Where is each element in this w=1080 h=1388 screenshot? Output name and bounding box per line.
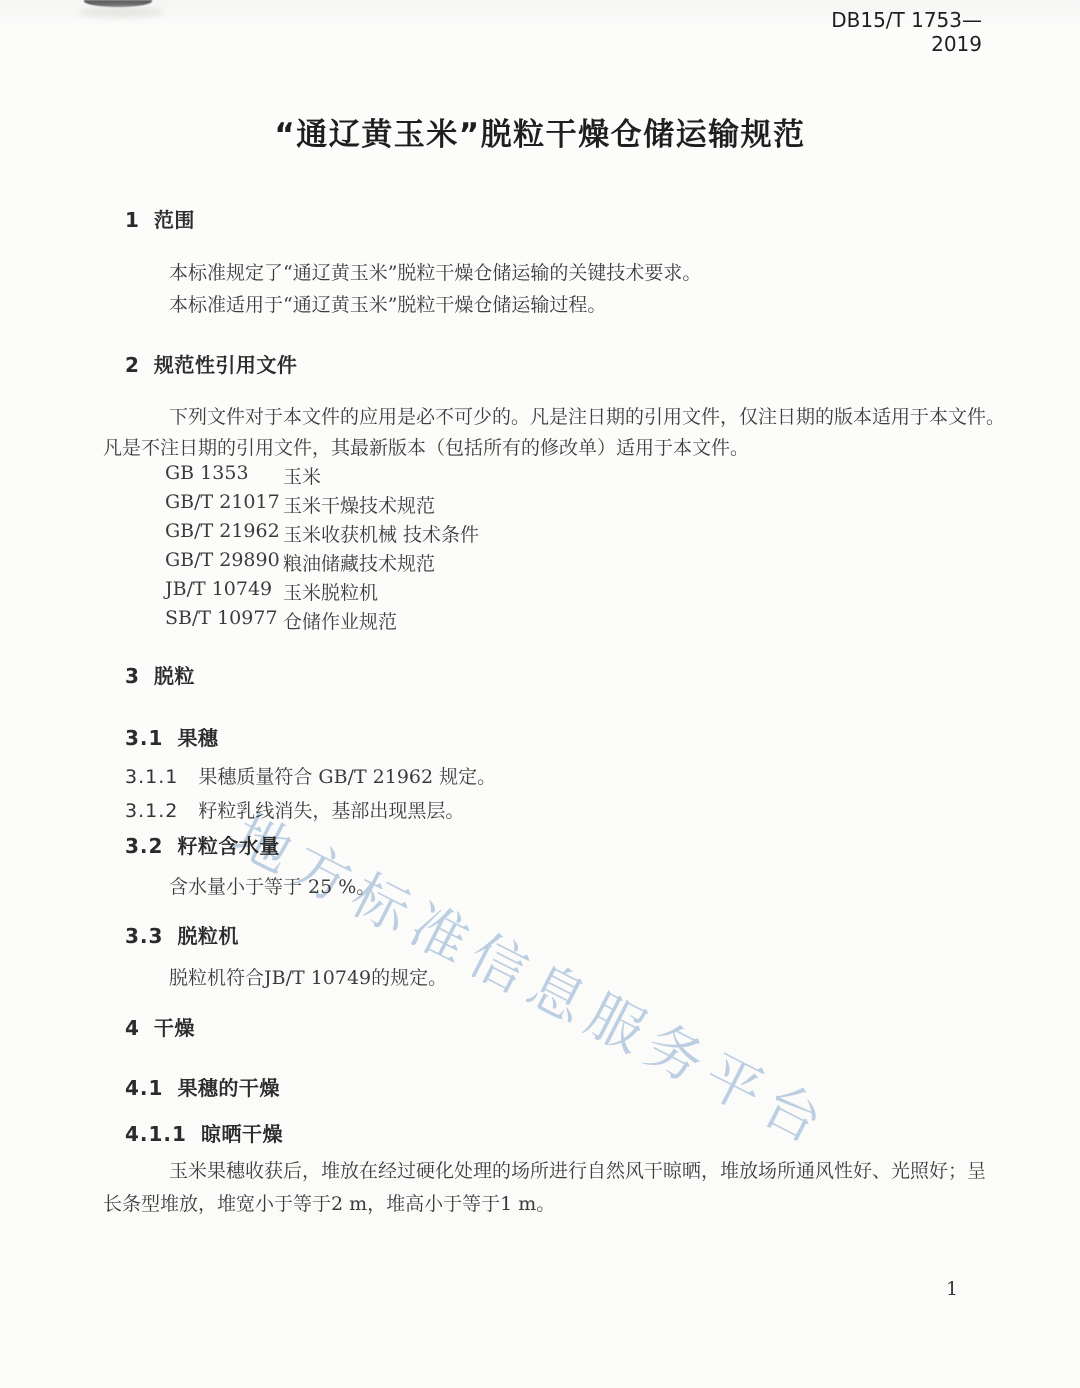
clause-3-1-2: 3.1.2籽粒乳线消失，基部出现黑层。 [125, 796, 464, 823]
section-3-3-number: 3.3 [125, 924, 163, 948]
reference-row: GB 1353 玉米 [165, 462, 321, 489]
scan-artifact-smudge [78, 6, 164, 18]
clause-3-1-1-text: 果穗质量符合 GB/T 21962 规定。 [198, 766, 496, 788]
section-4-1-heading: 4.1果穗的干燥 [125, 1072, 280, 1101]
reference-name: 仓储作业规范 [283, 607, 397, 634]
reference-code: GB/T 21962 [165, 520, 283, 547]
section-3-1-number: 3.1 [125, 726, 163, 750]
reference-name: 玉米 [283, 462, 321, 489]
page-number: 1 [946, 1278, 958, 1300]
reference-code: GB/T 29890 [165, 549, 283, 576]
normative-paragraph-line-1: 下列文件对于本文件的应用是必不可少的。凡是注日期的引用文件，仅注日期的版本适用于… [169, 402, 1005, 429]
section-2-heading: 2规范性引用文件 [125, 349, 297, 378]
section-3-2-number: 3.2 [125, 834, 163, 858]
section-1-number: 1 [125, 208, 140, 232]
clause-3-1-2-number: 3.1.2 [125, 800, 178, 822]
section-3-1-heading: 3.1果穗 [125, 722, 218, 751]
section-3-title: 脱粒 [154, 664, 195, 688]
clause-3-1-2-text: 籽粒乳线消失，基部出现黑层。 [198, 800, 464, 822]
reference-code: SB/T 10977 [165, 607, 283, 634]
section-2-title: 规范性引用文件 [154, 353, 298, 377]
normative-paragraph-line-2: 凡是不注日期的引用文件，其最新版本（包括所有的修改单）适用于本文件。 [103, 433, 749, 460]
section-3-heading: 3脱粒 [125, 660, 195, 689]
section-4-heading: 4干燥 [125, 1012, 195, 1041]
standard-code: DB15/T 1753—2019 [810, 8, 982, 56]
section-4-1-1-title: 晾晒干燥 [201, 1122, 283, 1146]
section-3-3-heading: 3.3脱粒机 [125, 920, 239, 949]
reference-code: GB/T 21017 [165, 491, 283, 518]
document-title: “通辽黄玉米”脱粒干燥仓储运输规范 [0, 109, 1080, 154]
scope-paragraph-line-2: 本标准适用于“通辽黄玉米”脱粒干燥仓储运输过程。 [169, 290, 606, 317]
scope-paragraph-line-1: 本标准规定了“通辽黄玉米”脱粒干燥仓储运输的关键技术要求。 [169, 258, 701, 285]
reference-name: 玉米收获机械 技术条件 [283, 520, 479, 547]
reference-row: GB/T 29890 粮油储藏技术规范 [165, 549, 435, 576]
clause-3-1-1-number: 3.1.1 [125, 766, 178, 788]
reference-name: 粮油储藏技术规范 [283, 549, 435, 576]
section-3-3-title: 脱粒机 [177, 924, 239, 948]
section-1-title: 范围 [154, 208, 195, 232]
sun-drying-paragraph-line-2: 长条型堆放，堆宽小于等于2 m，堆高小于等于1 m。 [103, 1189, 555, 1216]
section-2-number: 2 [125, 353, 140, 377]
section-3-2-title: 籽粒含水量 [177, 834, 280, 858]
document-page: { "header": { "standard_code": "DB15/T 1… [0, 0, 1080, 1388]
section-4-1-1-heading: 4.1.1晾晒干燥 [125, 1118, 283, 1147]
section-3-1-title: 果穗 [177, 726, 218, 750]
section-4-1-number: 4.1 [125, 1076, 163, 1100]
section-4-number: 4 [125, 1016, 140, 1040]
reference-name: 玉米脱粒机 [283, 578, 378, 605]
section-4-title: 干燥 [154, 1016, 195, 1040]
machine-text: 脱粒机符合JB/T 10749的规定。 [169, 963, 447, 990]
sun-drying-paragraph-line-1: 玉米果穗收获后，堆放在经过硬化处理的场所进行自然风干晾晒，堆放场所通风性好、光照… [169, 1156, 986, 1183]
moisture-text: 含水量小于等于 25 %。 [169, 872, 375, 899]
section-4-1-title: 果穗的干燥 [177, 1076, 280, 1100]
reference-row: GB/T 21962 玉米收获机械 技术条件 [165, 520, 479, 547]
section-4-1-1-number: 4.1.1 [125, 1122, 187, 1146]
section-1-heading: 1范围 [125, 204, 195, 233]
section-3-2-heading: 3.2籽粒含水量 [125, 830, 280, 859]
reference-name: 玉米干燥技术规范 [283, 491, 435, 518]
reference-row: SB/T 10977 仓储作业规范 [165, 607, 397, 634]
reference-row: JB/T 10749 玉米脱粒机 [165, 578, 378, 605]
reference-row: GB/T 21017 玉米干燥技术规范 [165, 491, 435, 518]
reference-code: JB/T 10749 [165, 578, 283, 605]
clause-3-1-1: 3.1.1果穗质量符合 GB/T 21962 规定。 [125, 762, 496, 789]
section-3-number: 3 [125, 664, 140, 688]
reference-code: GB 1353 [165, 462, 283, 489]
